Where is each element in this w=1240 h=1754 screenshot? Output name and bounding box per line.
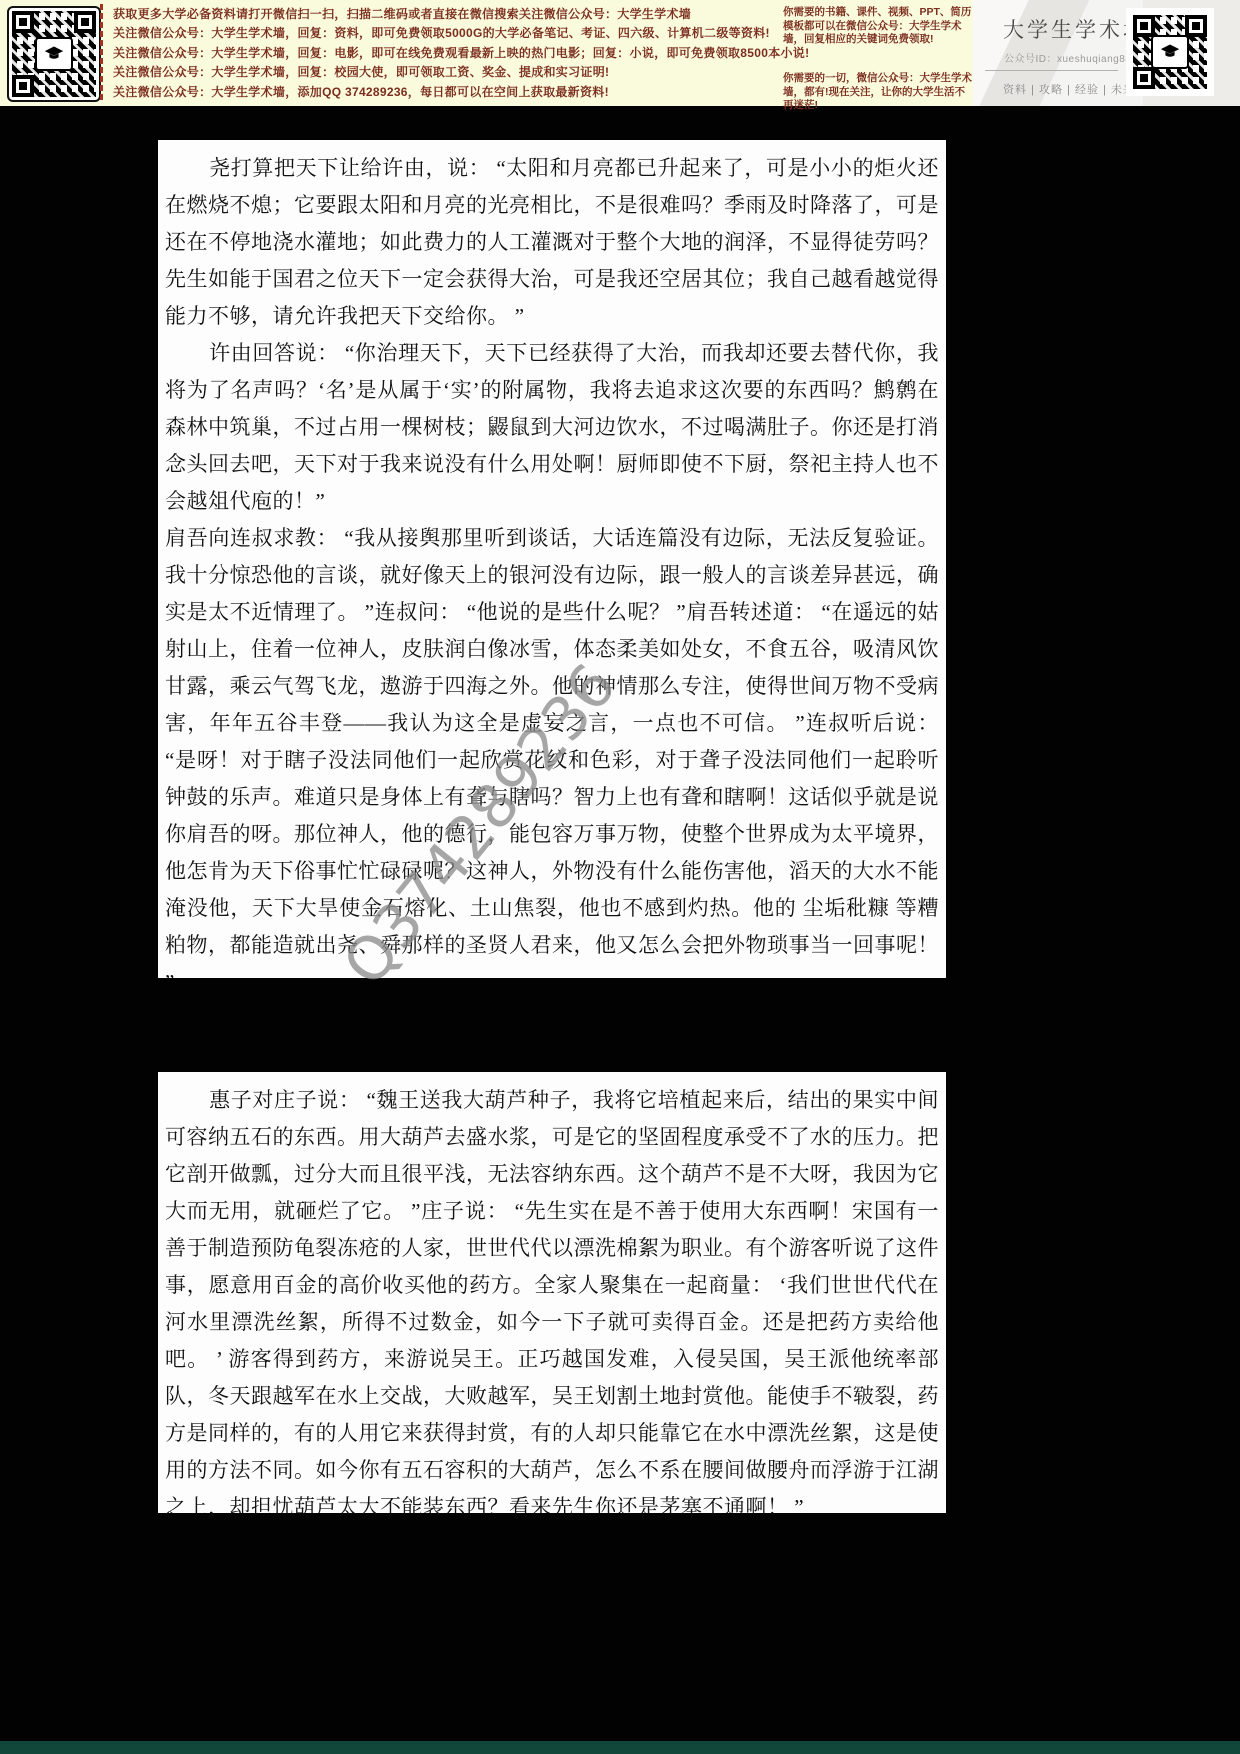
qr-finder-icon xyxy=(1133,67,1155,89)
qr-finder-icon xyxy=(1185,15,1207,37)
banner-line-1: 获取更多大学必备资料请打开微信扫一扫，扫描二维码或者直接在微信搜索关注微信公众号… xyxy=(113,5,778,24)
banner-line-4: 关注微信公众号：大学生学术墙，回复：校园大使，即可领取工资、奖金、提成和实习证明… xyxy=(113,63,778,82)
banner-line-5: 关注微信公众号：大学生学术墙，添加QQ 374289236，每日都可以在空间上获… xyxy=(113,83,778,102)
text-block-2: 惠子对庄子说： “魏王送我大葫芦种子，我将它培植起来后，结出的果实中间可容纳五石… xyxy=(158,1072,946,1513)
text-block-1: 尧打算把天下让给许由，说： “太阳和月亮都已升起来了，可是小小的炬火还在燃烧不熄… xyxy=(158,140,946,978)
banner-line-3: 关注微信公众号：大学生学术墙，回复：电影，即可在线免费观看最新上映的热门电影；回… xyxy=(113,44,778,63)
banner-side-note-2: 你需要的一切，微信公众号：大学生学术墙，都有!现在关注，让你的大学生活不再迷茫! xyxy=(783,72,975,113)
graduation-cap-icon xyxy=(35,37,73,71)
qr-finder-icon xyxy=(12,75,34,97)
qr-finder-icon xyxy=(74,11,96,33)
promo-banner: 获取更多大学必备资料请打开微信扫一扫，扫描二维码或者直接在微信搜索关注微信公众号… xyxy=(0,0,1240,106)
paragraph-yao-xuyou: 尧打算把天下让给许由，说： “太阳和月亮都已升起来了，可是小小的炬火还在燃烧不熄… xyxy=(165,150,939,335)
divider-line xyxy=(985,70,1118,71)
graduation-cap-icon xyxy=(1151,35,1189,69)
paragraph-xuyou-reply: 许由回答说： “你治理天下，天下已经获得了大治，而我却还要去替代你，我将为了名声… xyxy=(165,335,939,520)
qr-finder-icon xyxy=(12,11,34,33)
banner-line-2: 关注微信公众号：大学生学术墙，回复：资料，即可免费领取5000G的大学必备笔记、… xyxy=(113,24,778,43)
qr-code-left-icon xyxy=(7,6,101,102)
qr-code-right-icon xyxy=(1130,12,1210,92)
page: 获取更多大学必备资料请打开微信扫一扫，扫描二维码或者直接在微信搜索关注微信公众号… xyxy=(0,0,1240,1754)
paragraph-huizi-zhuangzi: 惠子对庄子说： “魏王送我大葫芦种子，我将它培植起来后，结出的果实中间可容纳五石… xyxy=(165,1082,939,1513)
footer-bar xyxy=(0,1741,1240,1754)
brand-subtitle: 公众号ID：xueshuqiang8888 xyxy=(1004,50,1143,65)
brand-title: 大学生学术墙 xyxy=(1003,14,1147,44)
qr-finder-icon xyxy=(1133,15,1155,37)
paragraph-jianwu-lianshu: 肩吾向连叔求教： “我从接舆那里听到谈话，大话连篇没有边际，无法反复验证。我十分… xyxy=(165,520,939,978)
dashed-divider xyxy=(100,4,103,100)
brand-tags: 资料 | 攻略 | 经验 | 未来 xyxy=(1003,81,1135,97)
banner-side-note-1: 你需要的书籍、课件、视频、PPT、简历模板都可以在微信公众号：大学生学术墙，回复… xyxy=(783,6,975,47)
banner-text-lines: 获取更多大学必备资料请打开微信扫一扫，扫描二维码或者直接在微信搜索关注微信公众号… xyxy=(113,5,778,102)
